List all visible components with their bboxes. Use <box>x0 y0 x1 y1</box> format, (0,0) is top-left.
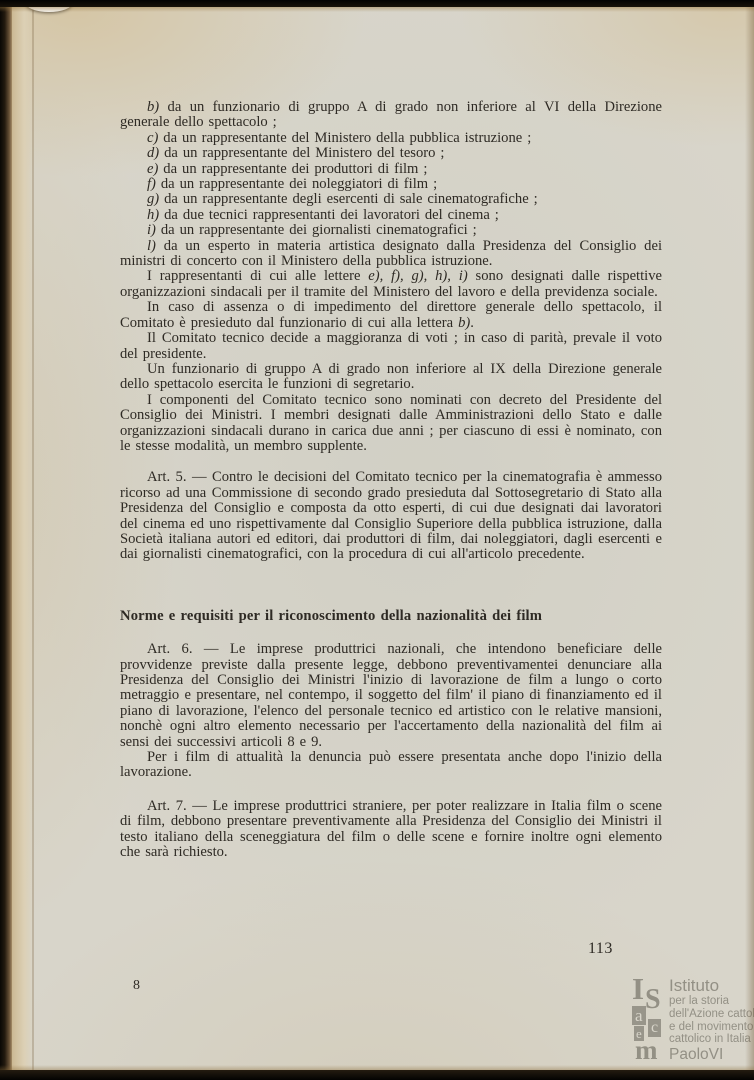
scan-edge-bottom <box>0 1070 754 1080</box>
isacem-watermark: I S a c e m Istituto per la storia dell'… <box>632 976 754 1066</box>
page-crease <box>32 0 34 1080</box>
watermark-line: dell'Azione cattolica <box>669 1008 754 1021</box>
body-paragraph: d) da un rappresentante del Ministero de… <box>120 146 662 161</box>
body-paragraph: Art. 6. — Le imprese produttrici naziona… <box>120 642 662 750</box>
watermark-line: e del movimento <box>669 1021 754 1034</box>
scan-edge-top <box>0 0 754 7</box>
monogram-letter: m <box>635 1037 658 1064</box>
body-paragraph: Per i film di attualità la denuncia può … <box>120 750 662 781</box>
isacem-caption: Istituto per la storia dell'Azione catto… <box>669 977 754 1063</box>
body-paragraph: Un funzionario di gruppo A di grado non … <box>120 362 662 393</box>
body-paragraph: i) da un rappresentante dei giornalisti … <box>120 223 662 238</box>
blank-space <box>120 624 662 642</box>
scan-edge-bottom-fade <box>0 1065 754 1070</box>
watermark-line: cattolico in Italia <box>669 1033 754 1046</box>
blank-space <box>120 454 662 470</box>
body-paragraph: Il Comitato tecnico decide a maggioranza… <box>120 331 662 362</box>
body-paragraph: h) da due tecnici rappresentanti dei lav… <box>120 208 662 223</box>
body-paragraph: c) da un rappresentante del Ministero de… <box>120 131 662 146</box>
isacem-monogram-icon: I S a c e m <box>632 976 665 1064</box>
scan-edge-right <box>745 0 754 1080</box>
monogram-letter: S <box>645 986 661 1014</box>
page-number: 113 <box>588 940 613 958</box>
blank-space <box>120 781 662 799</box>
blank-space <box>120 563 662 609</box>
scanned-book-page: b) da un funzionario di gruppo A di grad… <box>0 0 754 1080</box>
watermark-line: Istituto <box>669 977 754 995</box>
body-paragraph: e) da un rappresentante dei produttori d… <box>120 162 662 177</box>
scan-edge-left <box>0 0 12 1080</box>
text-block: b) da un funzionario di gruppo A di grad… <box>120 100 662 860</box>
monogram-letter: I <box>632 973 644 1004</box>
body-paragraph: I rappresentanti di cui alle lettere e),… <box>120 269 662 300</box>
body-paragraph: g) da un rappresentante degli esercenti … <box>120 192 662 207</box>
body-paragraph: l) da un esperto in materia artistica de… <box>120 239 662 270</box>
section-heading: Norme e requisiti per il riconoscimento … <box>120 609 662 624</box>
body-paragraph: f) da un rappresentante dei noleggiatori… <box>120 177 662 192</box>
body-paragraph: b) da un funzionario di gruppo A di grad… <box>120 100 662 131</box>
signature-mark: 8 <box>133 978 140 994</box>
body-paragraph: Art. 7. — Le imprese produttrici stranie… <box>120 799 662 861</box>
watermark-line: PaoloVI <box>669 1046 754 1063</box>
monogram-letter: a <box>632 1006 646 1025</box>
body-paragraph: In caso di assenza o di impedimento del … <box>120 300 662 331</box>
body-paragraph: I componenti del Comitato tecnico sono n… <box>120 393 662 455</box>
scan-edge-top-fade <box>0 7 754 12</box>
watermark-line: per la storia <box>669 995 754 1008</box>
page-edge-strip <box>12 0 34 1080</box>
body-paragraph: Art. 5. — Contro le decisioni del Comita… <box>120 470 662 562</box>
